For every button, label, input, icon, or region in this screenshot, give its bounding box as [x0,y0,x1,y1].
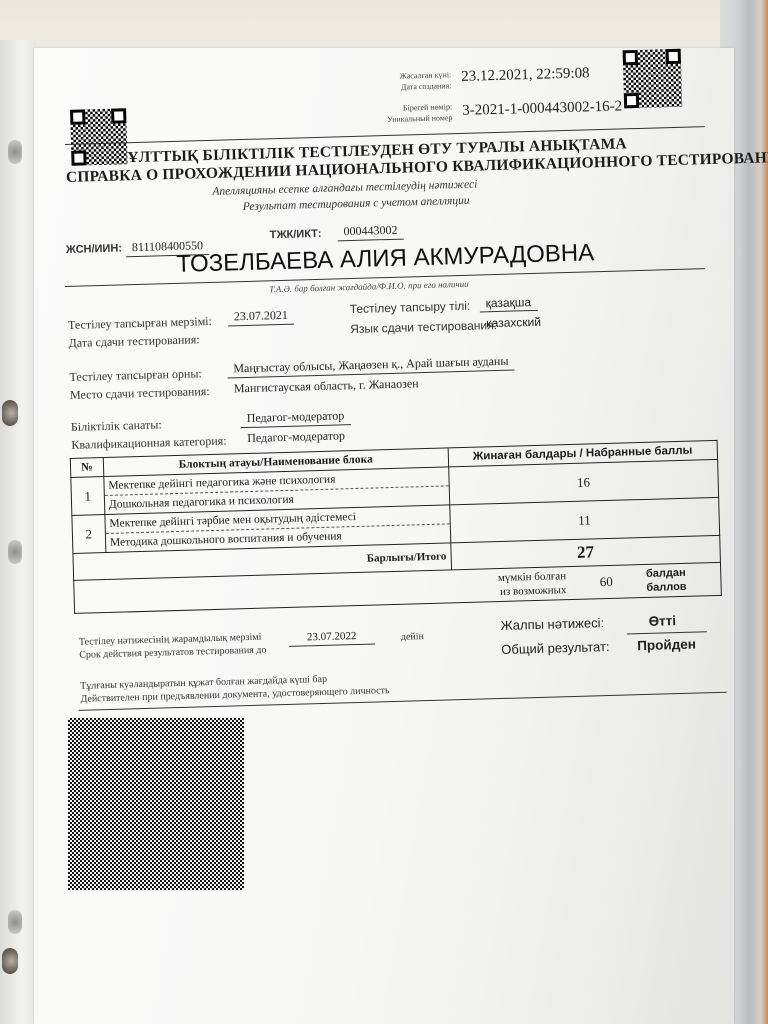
binder-edge [0,40,36,1024]
result-label-ru: Общий результат: [501,639,610,657]
test-date-value: 23.07.2021 [228,308,294,327]
test-date-label-ru: Дата сдачи тестирования: [68,332,199,351]
test-language-value-kz: қазақша [479,295,537,313]
category-value-kz: Педагог-модератор [241,408,351,428]
unique-number-label: Бірегей нөмір: Уникальный номер [352,101,453,126]
ikt-value: 000443002 [337,223,403,242]
name-caption: Т.А.Ә. бар болған жағдайда/Ф.И.О. при ег… [269,279,469,295]
certificate-content: Жасалған күні: Дата создания: 23.12.2021… [32,29,751,748]
row-number: 1 [71,477,105,516]
result-value-ru: Пройден [637,637,696,654]
created-label-ru: Дата создания: [351,80,451,94]
test-date-label-kz: Тестілеу тапсырған мерзімі: [68,314,212,333]
qr-code-small-right [623,49,683,109]
iin-label: ЖСН/ИИН: [66,242,122,256]
punch-hole [8,140,22,164]
punch-hole [8,540,22,564]
unique-label-ru: Уникальный номер [352,112,452,126]
possible-value: 60 [566,573,646,591]
test-place-value-kz: Маңғыстау облысы, Жаңаөзен қ., Арай шағы… [227,354,515,379]
col-number-header: № [70,458,103,478]
test-language-label-kz: Тестілеу тапсыру тілі: [350,299,471,316]
possible-label: мүмкін болған из возможных [498,569,567,599]
points-label: балдан баллов [646,566,687,595]
result-value-kz: Өтті [648,613,676,629]
results-table: № Блоктың атауы/Наименование блока Жинағ… [70,440,722,614]
test-place-value-ru: Мангистауская область, г. Жанаозен [234,376,419,396]
validity-note: Тұлғаны куәландыратын құжат болған жағда… [80,671,390,706]
points-label-ru: баллов [646,580,687,595]
test-place-label-ru: Место сдачи тестирования: [70,384,210,403]
validity-suffix: дейін [401,630,424,644]
created-value: 23.12.2021, 22:59:08 [461,65,590,86]
certificate-page: Жасалған күні: Дата создания: 23.12.2021… [34,48,734,1024]
unique-number-value: 3-2021-1-000443002-16-2 [462,98,622,119]
binder-ring [2,400,18,426]
possible-label-ru: из возможных [498,583,567,599]
punch-hole [8,910,22,934]
row-number: 2 [72,515,106,554]
qr-code-small-left [70,108,128,166]
ikt-label: ТЖК/ИКТ: [269,228,321,241]
result-label-kz: Жалпы нәтижесі: [500,615,604,633]
binder-ring [2,948,18,974]
result-underline [627,631,707,634]
validity-value: 23.07.2022 [289,630,375,647]
points-label-kz: балдан [646,566,687,581]
test-place-label-kz: Тестілеу тапсырған орны: [69,366,202,385]
created-label: Жасалған күні: Дата создания: [351,69,452,94]
category-value-ru: Педагог-модератор [247,428,345,446]
validity-label: Тестілеу нәтижесінің жарамдылық мерзімі … [79,631,267,662]
test-language-value-ru: казахский [486,315,541,331]
category-label-kz: Біліктілік санаты: [71,417,162,435]
test-language-label-ru: Язык сдачи тестирования: [350,318,497,336]
subtitle-ru: Результат тестирования с учетом апелляци… [243,195,470,213]
qr-code-large [68,718,244,890]
category-label-ru: Квалификационная категория: [71,434,227,453]
